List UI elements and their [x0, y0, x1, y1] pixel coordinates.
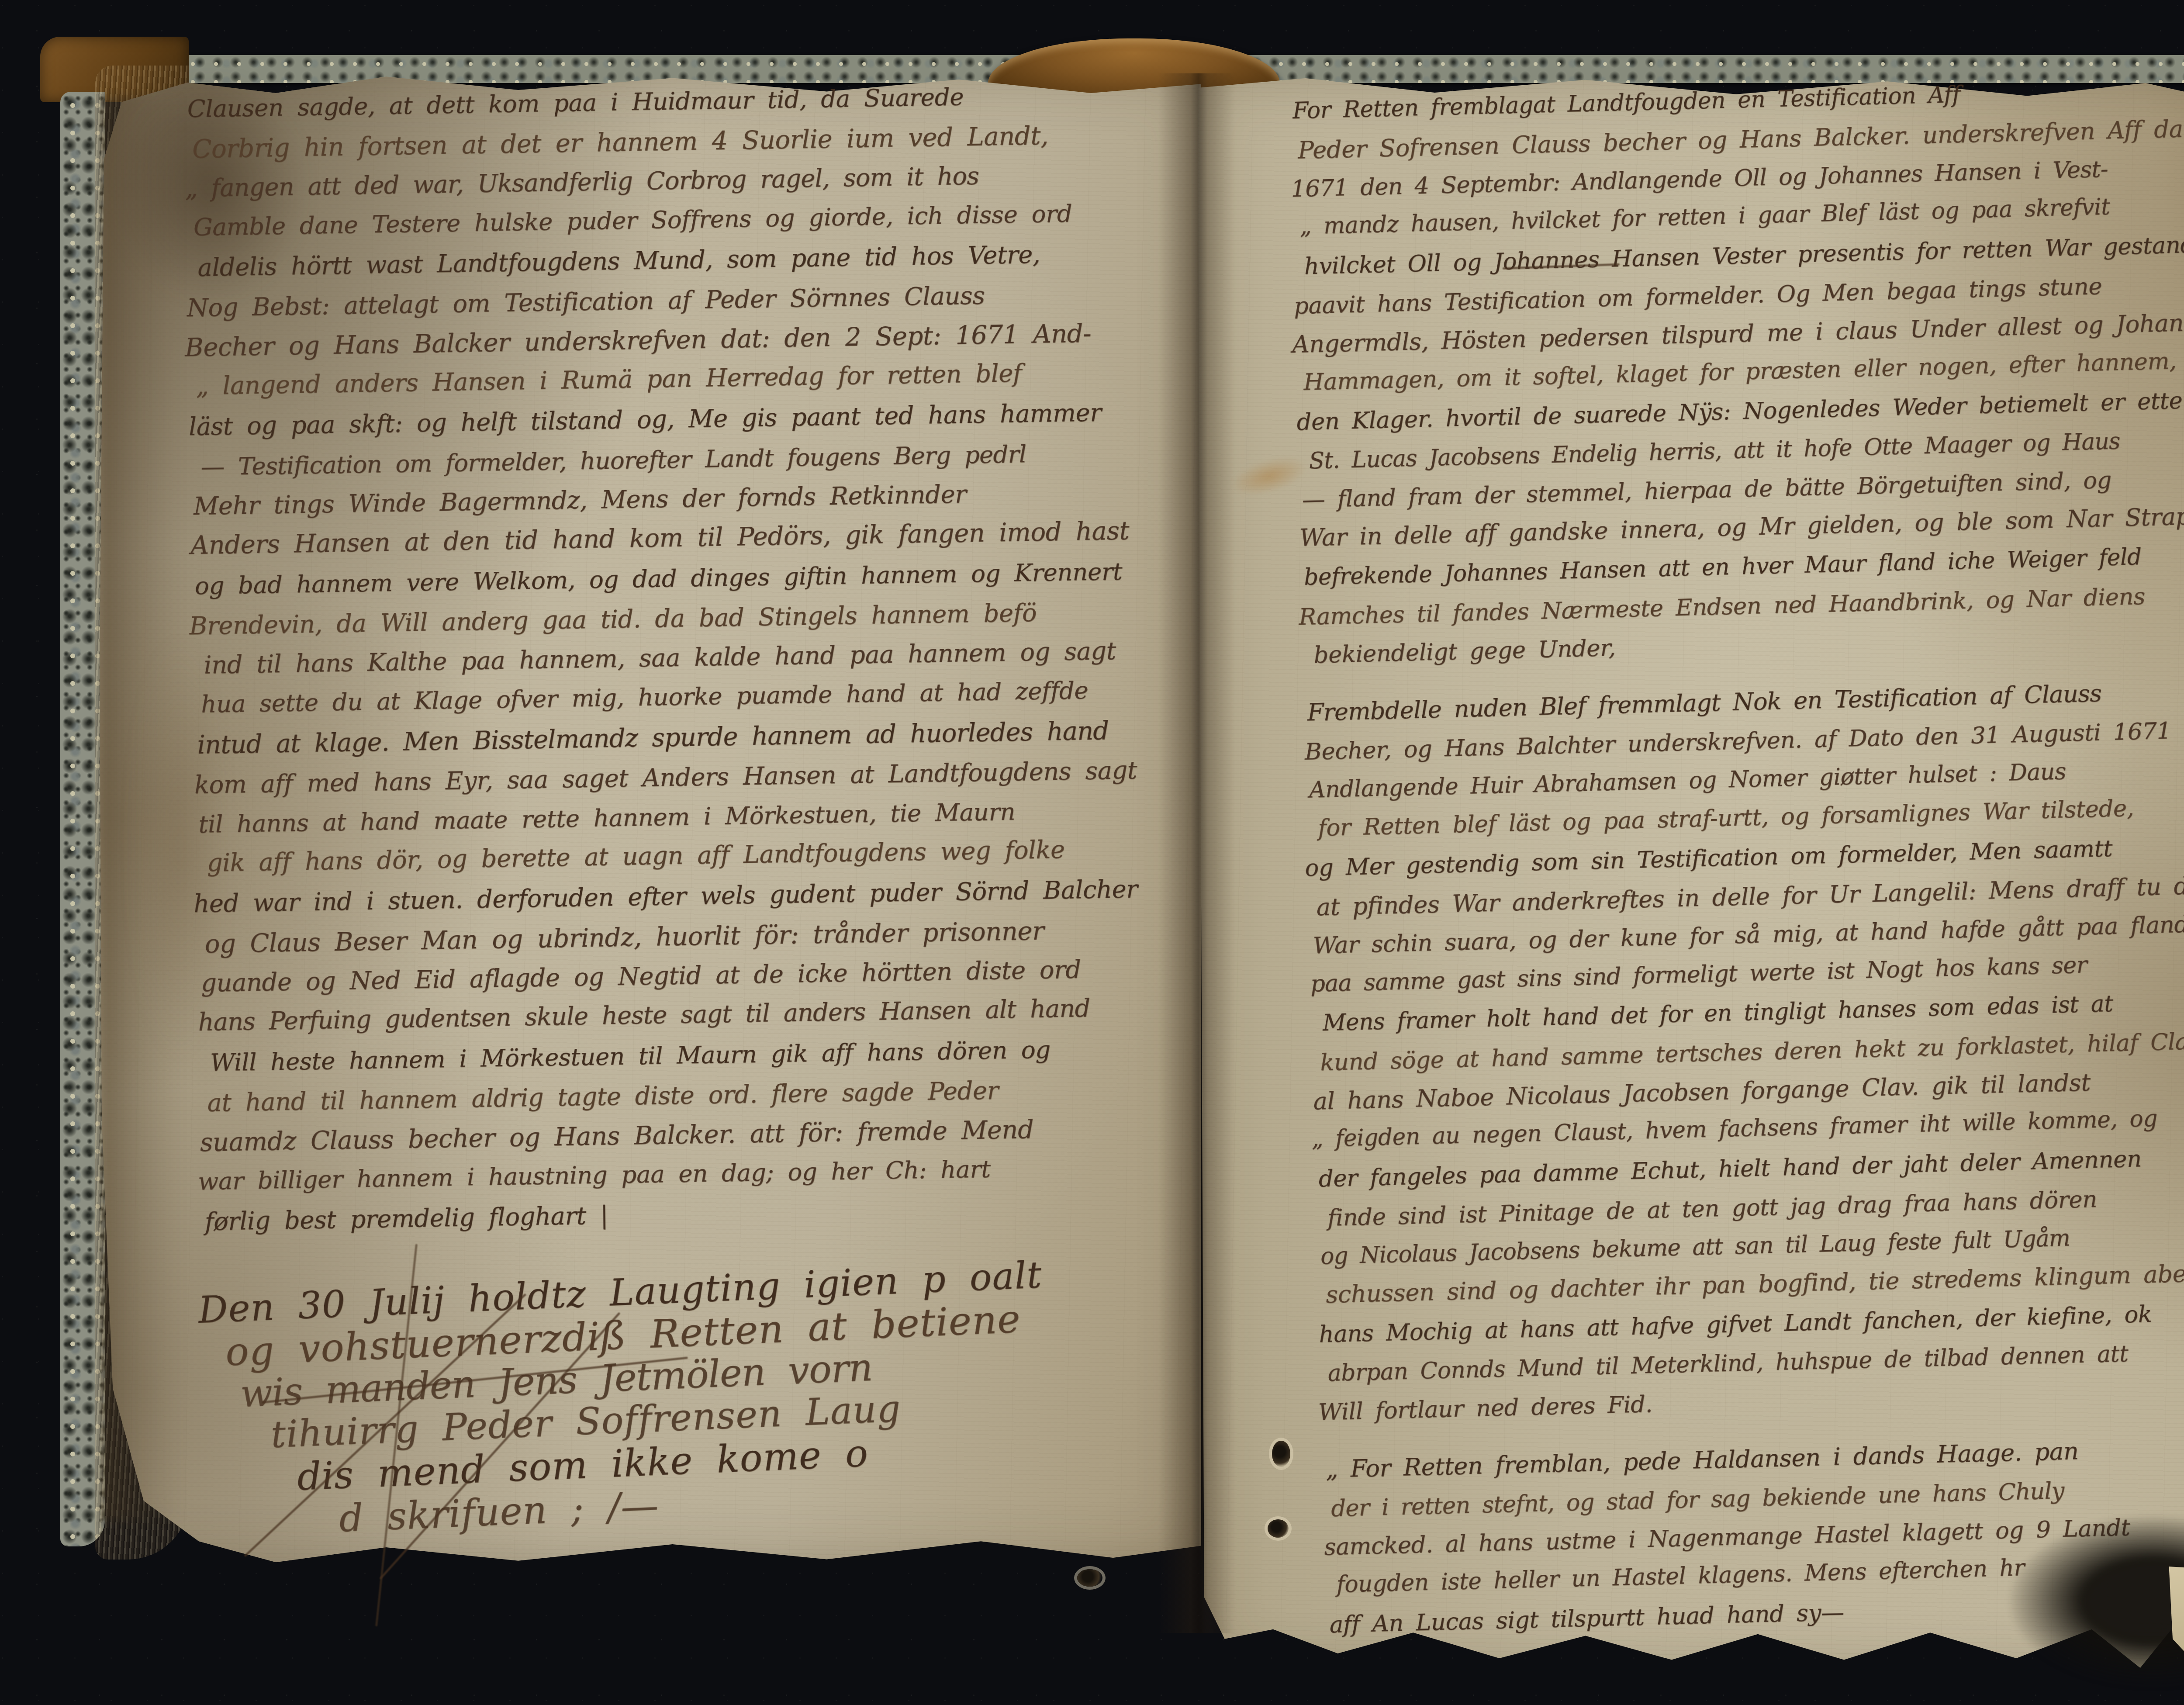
- photograph-open-protocol-book: Clausen sagde, at dett kom paa i Huidmau…: [0, 0, 2184, 1705]
- right-page-handwriting: For Retten fremblagat Landtfougden en Te…: [1292, 68, 2184, 1644]
- left-page-handwriting: Clausen sagde, at dett kom paa i Huidmau…: [187, 73, 1196, 1242]
- binding-hole: [1268, 1519, 1289, 1538]
- left-page-entry-heading: Den 30 Julij holdtz Laugting igien p oal…: [197, 1249, 1147, 1546]
- binding-hole: [1272, 1441, 1290, 1467]
- binding-hole: [1077, 1569, 1102, 1587]
